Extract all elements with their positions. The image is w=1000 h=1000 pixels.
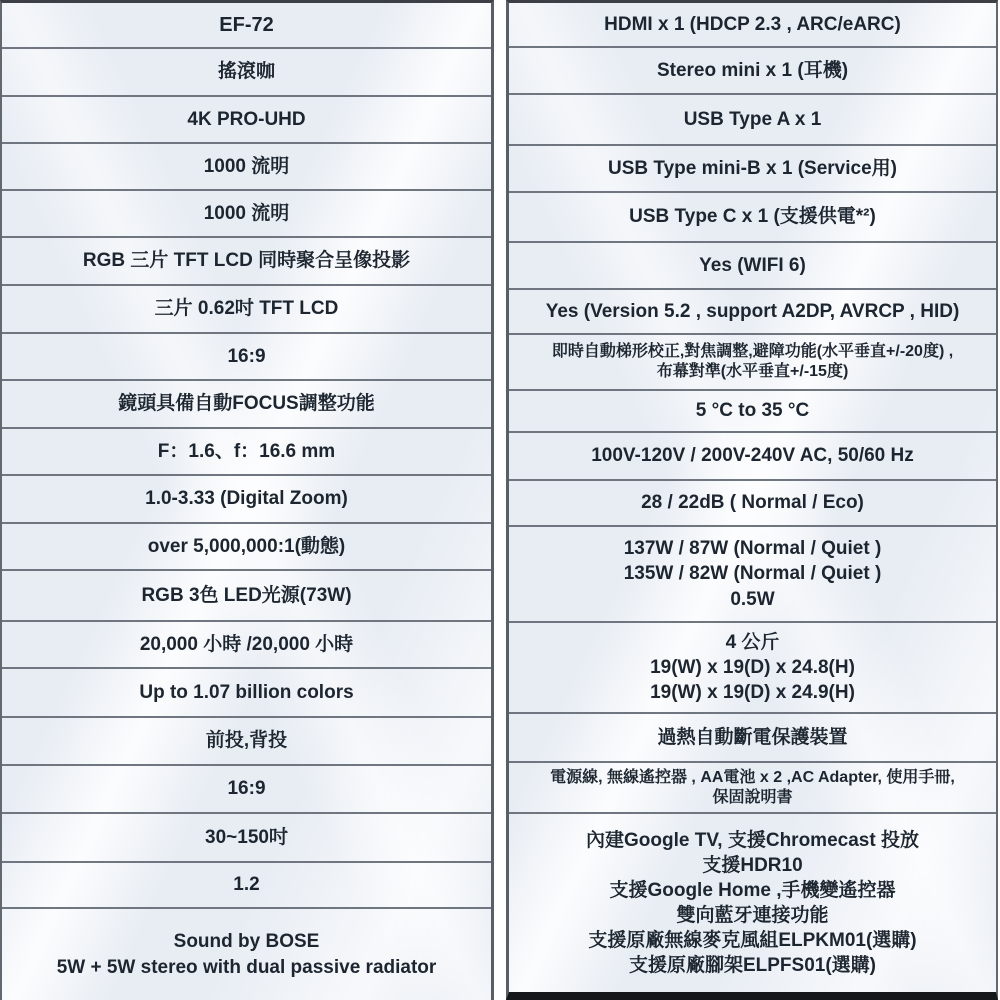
spec-value: 30~150吋 bbox=[205, 826, 288, 849]
spec-value: 5W + 5W stereo with dual passive radiato… bbox=[57, 955, 437, 980]
spec-row: Sound by BOSE5W + 5W stereo with dual pa… bbox=[2, 909, 491, 1000]
spec-row: EF-72 bbox=[2, 3, 491, 49]
spec-row: 前投,背投 bbox=[2, 718, 491, 766]
spec-value: 電源線, 無線遙控器 , AA電池 x 2 ,AC Adapter, 使用手冊, bbox=[550, 768, 955, 788]
spec-row: 4K PRO-UHD bbox=[2, 97, 491, 144]
spec-value: 1.0-3.33 (Digital Zoom) bbox=[145, 487, 348, 510]
spec-row: Stereo mini x 1 (耳機) bbox=[509, 48, 996, 95]
spec-row: 16:9 bbox=[2, 766, 491, 814]
spec-value: Stereo mini x 1 (耳機) bbox=[657, 59, 848, 82]
spec-table-left: EF-72搖滾咖4K PRO-UHD1000 流明1000 流明RGB 三片 T… bbox=[0, 0, 494, 1000]
spec-value: HDMI x 1 (HDCP 2.3 , ARC/eARC) bbox=[604, 13, 901, 36]
spec-row: Yes (WIFI 6) bbox=[509, 243, 996, 290]
spec-table-right: HDMI x 1 (HDCP 2.3 , ARC/eARC)Stereo min… bbox=[506, 0, 998, 1000]
spec-row: USB Type C x 1 (支援供電*²) bbox=[509, 193, 996, 243]
spec-row: 4 公斤19(W) x 19(D) x 24.8(H)19(W) x 19(D)… bbox=[509, 623, 996, 714]
spec-row: USB Type A x 1 bbox=[509, 95, 996, 146]
spec-value: 1000 流明 bbox=[204, 155, 290, 178]
spec-row: 1000 流明 bbox=[2, 191, 491, 238]
spec-value: USB Type mini-B x 1 (Service用) bbox=[608, 157, 897, 180]
spec-value: EF-72 bbox=[219, 13, 273, 37]
spec-row: 137W / 87W (Normal / Quiet )135W / 82W (… bbox=[509, 527, 996, 623]
spec-value: 支援原廠腳架ELPFS01(選購) bbox=[629, 953, 876, 978]
spec-row: 100V-120V / 200V-240V AC, 50/60 Hz bbox=[509, 433, 996, 481]
spec-value: RGB 3色 LED光源(73W) bbox=[141, 584, 351, 607]
spec-value: 5 °C to 35 °C bbox=[696, 399, 809, 422]
spec-value: 16:9 bbox=[227, 345, 265, 368]
spec-row: 過熱自動斷電保護裝置 bbox=[509, 714, 996, 763]
spec-value: USB Type C x 1 (支援供電*²) bbox=[629, 205, 876, 228]
spec-value: USB Type A x 1 bbox=[684, 108, 822, 131]
spec-value: 100V-120V / 200V-240V AC, 50/60 Hz bbox=[591, 444, 914, 467]
spec-row: 28 / 22dB ( Normal / Eco) bbox=[509, 481, 996, 527]
spec-value: 鏡頭具備自動FOCUS調整功能 bbox=[118, 392, 375, 415]
spec-row: 16:9 bbox=[2, 334, 491, 381]
spec-row: USB Type mini-B x 1 (Service用) bbox=[509, 146, 996, 193]
spec-row: 電源線, 無線遙控器 , AA電池 x 2 ,AC Adapter, 使用手冊,… bbox=[509, 763, 996, 814]
spec-value: 前投,背投 bbox=[206, 729, 287, 752]
spec-value: over 5,000,000:1(動態) bbox=[148, 535, 346, 558]
spec-row: 1.2 bbox=[2, 863, 491, 909]
spec-row: RGB 三片 TFT LCD 同時聚合呈像投影 bbox=[2, 238, 491, 286]
spec-value: 支援Google Home ,手機變遙控器 bbox=[609, 878, 895, 903]
spec-value: 雙向藍牙連接功能 bbox=[676, 903, 828, 928]
spec-row: F：1.6、f：16.6 mm bbox=[2, 429, 491, 476]
spec-value: 1.2 bbox=[233, 873, 259, 896]
spec-value: 135W / 82W (Normal / Quiet ) bbox=[624, 561, 882, 586]
spec-value: 19(W) x 19(D) x 24.8(H) bbox=[650, 655, 855, 680]
spec-value: 137W / 87W (Normal / Quiet ) bbox=[624, 536, 882, 561]
spec-value: Up to 1.07 billion colors bbox=[139, 681, 353, 704]
spec-row: Yes (Version 5.2 , support A2DP, AVRCP ,… bbox=[509, 290, 996, 335]
spec-value: RGB 三片 TFT LCD 同時聚合呈像投影 bbox=[83, 249, 410, 272]
spec-value: 20,000 小時 /20,000 小時 bbox=[140, 633, 353, 656]
spec-row: 1.0-3.33 (Digital Zoom) bbox=[2, 476, 491, 524]
spec-row: RGB 3色 LED光源(73W) bbox=[2, 571, 491, 622]
spec-value: Yes (Version 5.2 , support A2DP, AVRCP ,… bbox=[546, 300, 960, 323]
spec-row: 20,000 小時 /20,000 小時 bbox=[2, 622, 491, 669]
spec-value: 搖滾咖 bbox=[218, 60, 275, 83]
spec-row: 1000 流明 bbox=[2, 144, 491, 191]
spec-row: Up to 1.07 billion colors bbox=[2, 669, 491, 718]
spec-value: 4K PRO-UHD bbox=[187, 108, 305, 131]
spec-value: 即時自動梯形校正,對焦調整,避障功能(水平垂直+/-20度) , bbox=[552, 342, 953, 362]
spec-value: Sound by BOSE bbox=[174, 929, 320, 954]
spec-row: 30~150吋 bbox=[2, 814, 491, 863]
spec-value: 19(W) x 19(D) x 24.9(H) bbox=[650, 680, 855, 705]
spec-row: over 5,000,000:1(動態) bbox=[2, 524, 491, 571]
spec-row: 內建Google TV, 支援Chromecast 投放支援HDR10支援Goo… bbox=[509, 814, 996, 992]
spec-row: 5 °C to 35 °C bbox=[509, 391, 996, 433]
spec-row: 即時自動梯形校正,對焦調整,避障功能(水平垂直+/-20度) ,布幕對準(水平垂… bbox=[509, 335, 996, 391]
spec-value: 內建Google TV, 支援Chromecast 投放 bbox=[586, 828, 919, 853]
spec-sheet: EF-72搖滾咖4K PRO-UHD1000 流明1000 流明RGB 三片 T… bbox=[0, 0, 1000, 1000]
spec-value: Yes (WIFI 6) bbox=[699, 254, 806, 277]
spec-value: 三片 0.62吋 TFT LCD bbox=[155, 297, 339, 320]
spec-row: 三片 0.62吋 TFT LCD bbox=[2, 286, 491, 334]
spec-value: 16:9 bbox=[227, 777, 265, 800]
spec-value: 4 公斤 bbox=[726, 630, 780, 655]
spec-row: 搖滾咖 bbox=[2, 49, 491, 97]
spec-value: 支援原廠無線麥克風組ELPKM01(選購) bbox=[588, 928, 916, 953]
spec-value: 0.5W bbox=[730, 587, 774, 612]
spec-value: 1000 流明 bbox=[204, 202, 290, 225]
spec-row: HDMI x 1 (HDCP 2.3 , ARC/eARC) bbox=[509, 3, 996, 48]
spec-value: 過熱自動斷電保護裝置 bbox=[657, 726, 847, 749]
spec-value: F：1.6、f：16.6 mm bbox=[158, 440, 335, 463]
spec-value: 保固說明書 bbox=[712, 788, 792, 808]
spec-value: 布幕對準(水平垂直+/-15度) bbox=[657, 362, 849, 382]
spec-row: 鏡頭具備自動FOCUS調整功能 bbox=[2, 381, 491, 429]
spec-value: 支援HDR10 bbox=[702, 853, 802, 878]
spec-value: 28 / 22dB ( Normal / Eco) bbox=[641, 491, 864, 514]
